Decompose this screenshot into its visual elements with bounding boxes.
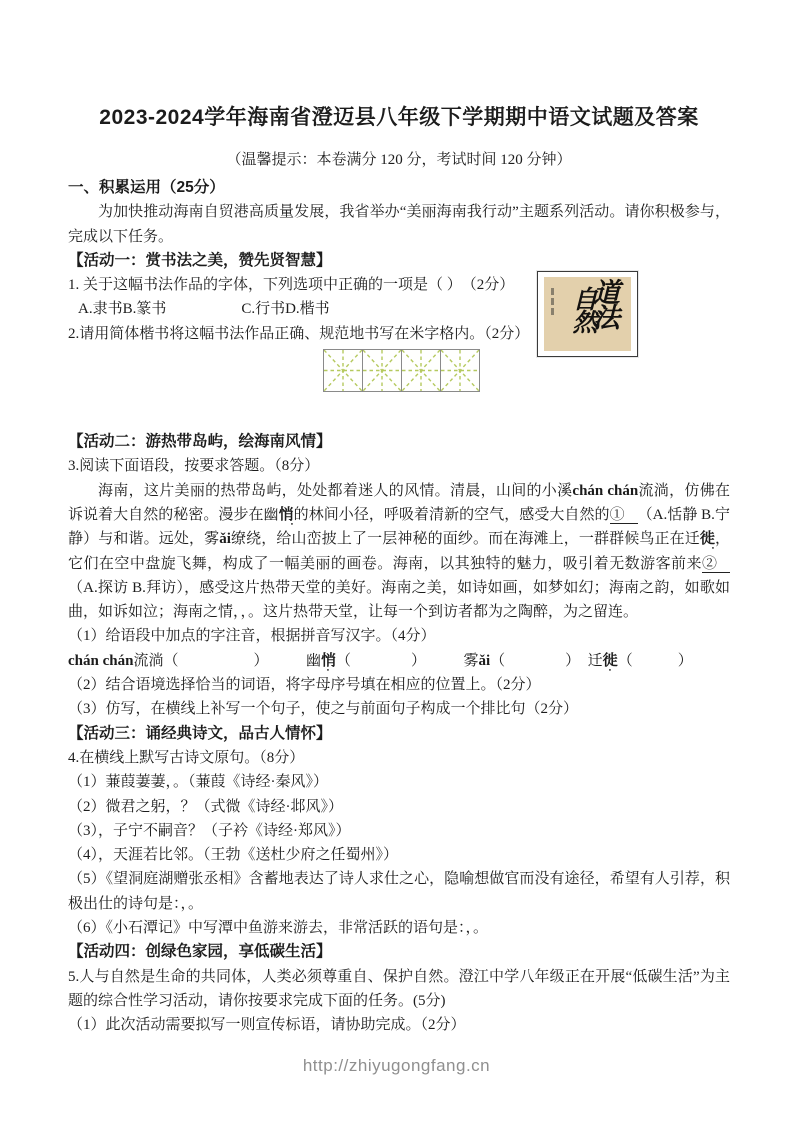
- question-5-1: （1）此次活动需要拟写一则宣传标语，请协助完成。（2分）: [68, 1013, 730, 1037]
- pinyin-answer-line: chán chán流淌（ ） 幽悄（ ） 雾ǎi（ ） 迁徙（ ）: [68, 649, 730, 673]
- question-3-3: （3）仿写，在横线上补写一个句子，使之与前面句子构成一个排比句（2分）: [68, 697, 730, 721]
- mizige-cell: [401, 349, 441, 392]
- passage-blank-2-circled: ②: [702, 556, 730, 573]
- question-3-2: （2）结合语境选择恰当的词语，将字母序号填在相应的位置上。（2分）: [68, 673, 730, 697]
- document-title: 2023-2024学年海南省澄迈县八年级下学期期中语文试题及答案: [68, 103, 730, 133]
- calligraphy-paper: 道法 自然: [544, 277, 631, 351]
- passage-dotted-char: 悄: [279, 507, 294, 523]
- pinyin-segment: （ ） 雾: [336, 653, 479, 669]
- pinyin-segment: （ ）: [618, 653, 693, 669]
- passage-segment: 的林间小径，呼吸着清新的空气，感受大自然的: [294, 507, 610, 523]
- pinyin-bold: ǎi: [478, 653, 490, 669]
- dotted-char: 悄: [321, 653, 336, 669]
- footer-watermark-url: http://zhiyugongfang.cn: [0, 1056, 793, 1076]
- question-3: 3.阅读下面语段，按要求答题。（8分）: [68, 454, 730, 478]
- document-content: 2023-2024学年海南省澄迈县八年级下学期期中语文试题及答案 （温馨提示：本…: [68, 103, 730, 1038]
- reading-passage: 海南，这片美丽的热带岛屿，处处都着迷人的风情。清晨，山间的小溪chán chán…: [68, 479, 730, 625]
- calligraphy-artwork: 道法 自然: [537, 271, 638, 357]
- calligraphy-left-column: 自然: [570, 286, 595, 332]
- dictation-item-5: （5）《望洞庭湖赠张丞相》含蓄地表达了诗人求仕之心，隐喻想做官而没有途径，希望有…: [68, 867, 730, 916]
- dictation-item-4: （4），天涯若比邻。（王勃《送杜少府之任蜀州》）: [68, 843, 730, 867]
- question-4: 4.在横线上默写古诗文原句。（8分）: [68, 746, 730, 770]
- exam-hint-line: （温馨提示：本卷满分 120 分，考试时间 120 分钟）: [68, 149, 730, 171]
- mizige-cell: [440, 349, 480, 392]
- question-3-1: （1）给语段中加点的字注音，根据拼音写汉字。（4分）: [68, 624, 730, 648]
- calligraphy-signature-marks: [551, 288, 555, 318]
- passage-pinyin-bold: chán chán: [572, 483, 638, 499]
- mizige-cell: [362, 349, 402, 392]
- activity-4-header: 【活动四：创绿色家园，享低碳生活】: [68, 940, 730, 964]
- exam-document-page: 2023-2024学年海南省澄迈县八年级下学期期中语文试题及答案 （温馨提示：本…: [0, 0, 793, 1122]
- mizige-writing-grid: [323, 349, 730, 392]
- section-1-intro: 为加快推动海南自贸港高质量发展，我省举办“美丽海南我行动”主题系列活动。请你积极…: [68, 200, 730, 249]
- section-1-heading: 一、积累运用（25分）: [68, 176, 730, 200]
- pinyin-segment: （ ） 迁: [490, 653, 603, 669]
- dictation-item-2: （2）微君之躬，？（式微《诗经·邶风》）: [68, 795, 730, 819]
- dotted-char: 徙: [603, 653, 618, 669]
- pinyin-segment: 流淌（ ） 幽: [133, 653, 321, 669]
- question-5: 5.人与自然是生命的共同体，人类必须尊重自、保护自然。澄江中学八年级正在开展“低…: [68, 965, 730, 1014]
- passage-blank-1-circled: ①: [610, 507, 638, 524]
- mizige-cell: [323, 349, 363, 392]
- passage-segment: 海南，这片美丽的热带岛屿，处处都着迷人的风情。清晨，山间的小溪: [98, 483, 572, 499]
- pinyin-bold: chán chán: [68, 653, 133, 669]
- passage-segment: （A.探访 B.拜访），感受这片热带天堂的美好。海南之美，如诗如画，如梦如幻；海…: [68, 580, 730, 620]
- passage-segment: 缭绕，给山峦披上了一层神秘的面纱。而在海滩上，一群群候鸟正在迁: [231, 531, 700, 547]
- dictation-item-1: （1）蒹葭萋萋，。（蒹葭《诗经·秦风》）: [68, 770, 730, 794]
- activity-1-header: 【活动一：赏书法之美，赞先贤智慧】: [68, 249, 730, 273]
- passage-dotted-char: 徙: [700, 531, 715, 547]
- passage-pinyin-bold: ǎi: [219, 531, 231, 547]
- activity-3-header: 【活动三：诵经典诗文，品古人情怀】: [68, 722, 730, 746]
- dictation-item-3: （3），子宁不嗣音？（子衿《诗经·郑风》）: [68, 819, 730, 843]
- activity-2-header: 【活动二：游热带岛屿，绘海南风情】: [68, 430, 730, 454]
- dictation-item-6: （6）《小石潭记》中写潭中鱼游来游去，非常活跃的语句是：，。: [68, 916, 730, 940]
